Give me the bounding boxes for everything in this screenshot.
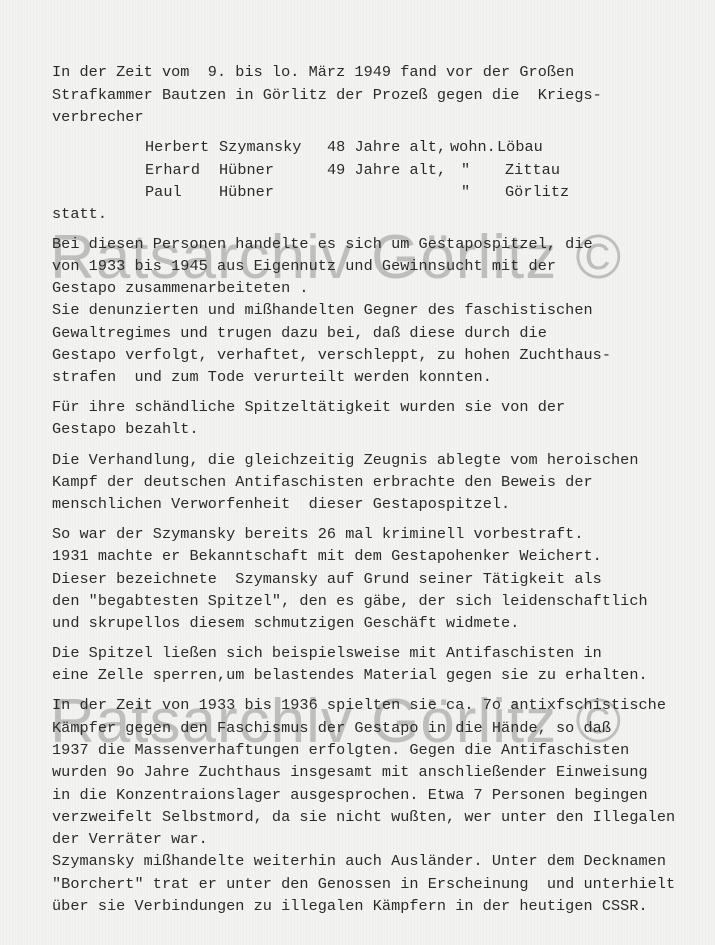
intro-line-2: Strafkammer Bautzen in Görlitz der Proze… (52, 84, 602, 106)
spies-line-2: von 1933 bis 1945 aus Eigennutz und Gewi… (52, 255, 556, 277)
consequences-line-10: über sie Verbindungen zu illegalen Kämpf… (52, 895, 648, 917)
statt-line: statt. (52, 203, 107, 225)
consequences-line-7: der Verräter war. (52, 828, 208, 850)
intro-line-1: In der Zeit vom 9. bis lo. März 1949 fan… (52, 61, 574, 83)
defendant-place: Zittau (505, 159, 560, 181)
record-line-5: und skrupellos diesem schmutzigen Geschä… (52, 612, 519, 634)
record-line-1: So war der Szymansky bereits 26 mal krim… (52, 523, 584, 545)
cell-line-1: Die Spitzel ließen sich beispielsweise m… (52, 642, 602, 664)
consequences-line-3: 1937 die Massenverhaftungen erfolgten. G… (52, 739, 629, 761)
record-line-4: den "begabtesten Spitzel", den es gäbe, … (52, 590, 648, 612)
defendant-first-name: Erhard (145, 159, 200, 181)
consequences-line-2: Kämpfer gegen den Faschismus der Gestapo… (52, 717, 611, 739)
payment-line-2: Gestapo bezahlt. (52, 418, 199, 440)
spies-line-7: strafen und zum Tode verurteilt werden k… (52, 366, 492, 388)
defendant-last-name: Hübner (219, 181, 274, 203)
defendant-first-name: Herbert (145, 136, 209, 158)
defendant-last-name: Hübner (219, 159, 274, 181)
defendant-age: 49 Jahre alt, (327, 159, 446, 181)
trial-line-3: menschlichen Verworfenheit dieser Gestap… (52, 493, 510, 515)
consequences-line-4: wurden 9o Jahre Zuchthaus insgesamt mit … (52, 761, 648, 783)
defendant-residence-label: " (461, 181, 470, 203)
defendant-residence-label: " (461, 159, 470, 181)
cell-line-2: eine Zelle sperren,um belastendes Materi… (52, 664, 648, 686)
record-line-3: Dieser bezeichnete Szymansky auf Grund s… (52, 568, 602, 590)
spies-line-3: Gestapo zusammenarbeiteten . (52, 277, 309, 299)
record-line-2: 1931 machte er Bekanntschaft mit dem Ges… (52, 545, 602, 567)
trial-line-2: Kampf der deutschen Antifaschisten erbra… (52, 471, 593, 493)
consequences-line-5: in die Konzentraionslager ausgesprochen.… (52, 784, 648, 806)
defendant-residence-label: wohn. (450, 136, 496, 158)
document-page: Ratsarchiv Görlitz © Ratsarchiv Görlitz … (0, 0, 715, 945)
payment-line-1: Für ihre schändliche Spitzeltätigkeit wu… (52, 396, 565, 418)
spies-line-5: Gewaltregimes und trugen dazu bei, daß d… (52, 322, 547, 344)
defendant-place: Görlitz (505, 181, 569, 203)
intro-line-3: verbrecher (52, 106, 144, 128)
consequences-line-1: In der Zeit von 1933 bis 1936 spielten s… (52, 694, 666, 716)
spies-line-6: Gestapo verfolgt, verhaftet, verschleppt… (52, 344, 611, 366)
spies-line-4: Sie denunzierten und mißhandelten Gegner… (52, 299, 593, 321)
consequences-line-8: Szymansky mißhandelte weiterhin auch Aus… (52, 850, 666, 872)
consequences-line-6: verzweifelt Selbstmord, da sie nicht wuß… (52, 806, 675, 828)
spies-line-1: Bei diesen Personen handelte es sich um … (52, 233, 593, 255)
trial-line-1: Die Verhandlung, die gleichzeitig Zeugni… (52, 449, 639, 471)
consequences-line-9: "Borchert" trat er unter den Genossen in… (52, 873, 675, 895)
defendant-first-name: Paul (145, 181, 182, 203)
defendant-last-name: Szymansky (219, 136, 301, 158)
defendant-age: 48 Jahre alt, (327, 136, 446, 158)
defendant-place: Löbau (497, 136, 543, 158)
